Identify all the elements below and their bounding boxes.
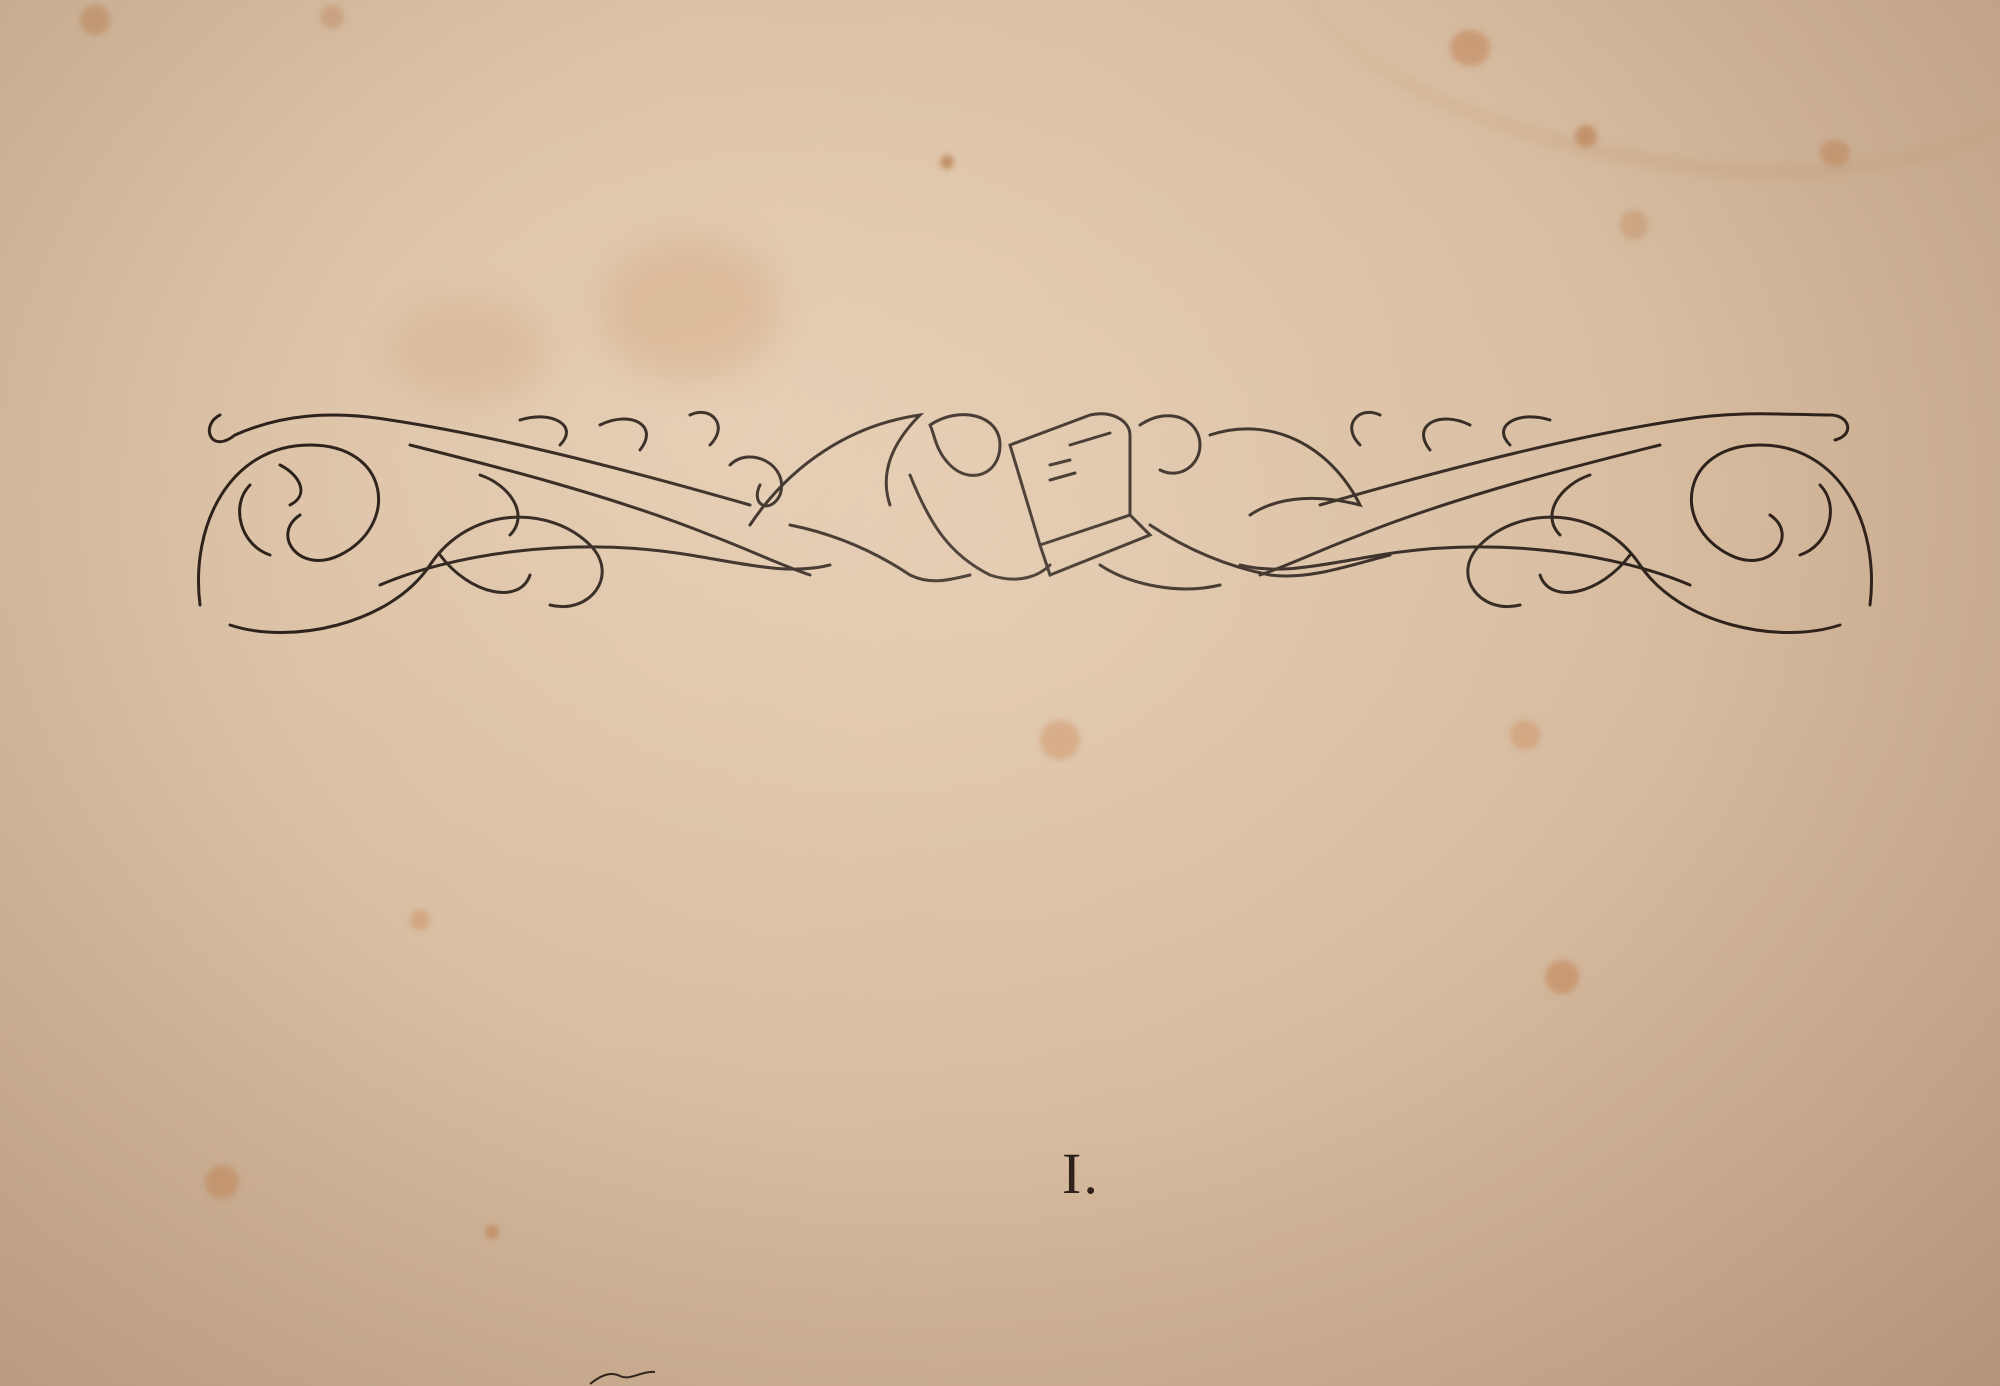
foxing-spot [1040,720,1080,760]
foxing-spot [600,240,780,380]
foxing-spot [1545,960,1579,994]
foxing-spot [1450,30,1490,66]
foxing-spot [485,1225,499,1239]
photo-vignette [0,0,2000,1386]
foxing-spot [390,300,550,400]
ornamental-headpiece [190,405,1880,635]
foxing-spot [1620,210,1648,240]
foxing-spot [1575,125,1597,147]
book-page: I. [0,0,2000,1386]
foxing-spot [410,910,430,930]
foxing-spot [940,155,954,169]
foxing-spot [320,5,344,29]
water-stain [1271,0,2000,211]
foxing-spot [1820,140,1850,166]
foxing-spot [80,5,110,35]
chapter-numeral: I. [1062,1140,1100,1207]
foxing-spot [1510,720,1540,750]
foxing-spot [205,1165,239,1199]
ornament-cherubs-book-icon [190,405,1880,635]
next-ornament-fragment-icon [585,1366,665,1386]
